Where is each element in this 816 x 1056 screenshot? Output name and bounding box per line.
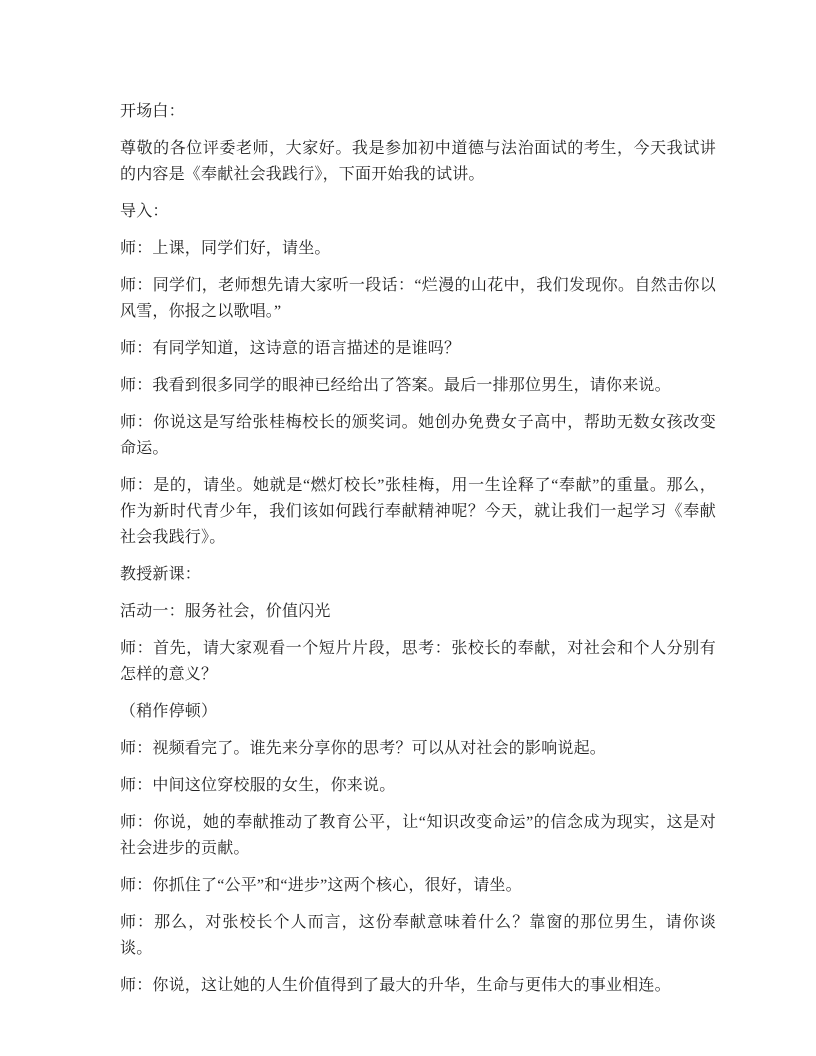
paragraph: 师：是的，请坐。她就是“燃灯校长”张桂梅，用一生诠释了“奉献”的重量。那么，作为… xyxy=(120,473,716,551)
section-label: 开场白： xyxy=(120,99,716,125)
paragraph: 师：首先，请大家观看一个短片片段，思考：张校长的奉献，对社会和个人分别有怎样的意… xyxy=(120,636,716,688)
paragraph: 师：视频看完了。谁先来分享你的思考？可以从对社会的影响说起。 xyxy=(120,736,716,762)
document-page: 开场白：尊敬的各位评委老师，大家好。我是参加初中道德与法治面试的考生，今天我试讲… xyxy=(0,0,816,1056)
section-label: 教授新课： xyxy=(120,562,716,588)
paragraph: 师：那么，对张校长个人而言，这份奉献意味着什么？靠窗的那位男生，请你谈谈。 xyxy=(120,910,716,962)
paragraph: 尊敬的各位评委老师，大家好。我是参加初中道德与法治面试的考生，今天我试讲的内容是… xyxy=(120,136,716,188)
section-label: 活动一：服务社会，价值闪光 xyxy=(120,599,716,625)
paragraph: 师：你说，她的奉献推动了教育公平，让“知识改变命运”的信念成为现实，这是对社会进… xyxy=(120,810,716,862)
paragraph: 师：有同学知道，这诗意的语言描述的是谁吗？ xyxy=(120,336,716,362)
paragraph: 师：你说，这让她的人生价值得到了最大的升华，生命与更伟大的事业相连。 xyxy=(120,973,716,999)
stage-direction: （稍作停顿） xyxy=(120,699,716,725)
section-label: 导入： xyxy=(120,199,716,225)
paragraph: 师：你抓住了“公平”和“进步”这两个核心，很好，请坐。 xyxy=(120,873,716,899)
document-body: 开场白：尊敬的各位评委老师，大家好。我是参加初中道德与法治面试的考生，今天我试讲… xyxy=(120,99,716,999)
paragraph: 师：你说这是写给张桂梅校长的颁奖词。她创办免费女子高中，帮助无数女孩改变命运。 xyxy=(120,410,716,462)
paragraph: 师：上课，同学们好，请坐。 xyxy=(120,236,716,262)
paragraph: 师：同学们，老师想先请大家听一段话：“烂漫的山花中，我们发现你。自然击你以风雪，… xyxy=(120,273,716,325)
paragraph: 师：我看到很多同学的眼神已经给出了答案。最后一排那位男生，请你来说。 xyxy=(120,373,716,399)
paragraph: 师：中间这位穿校服的女生，你来说。 xyxy=(120,773,716,799)
